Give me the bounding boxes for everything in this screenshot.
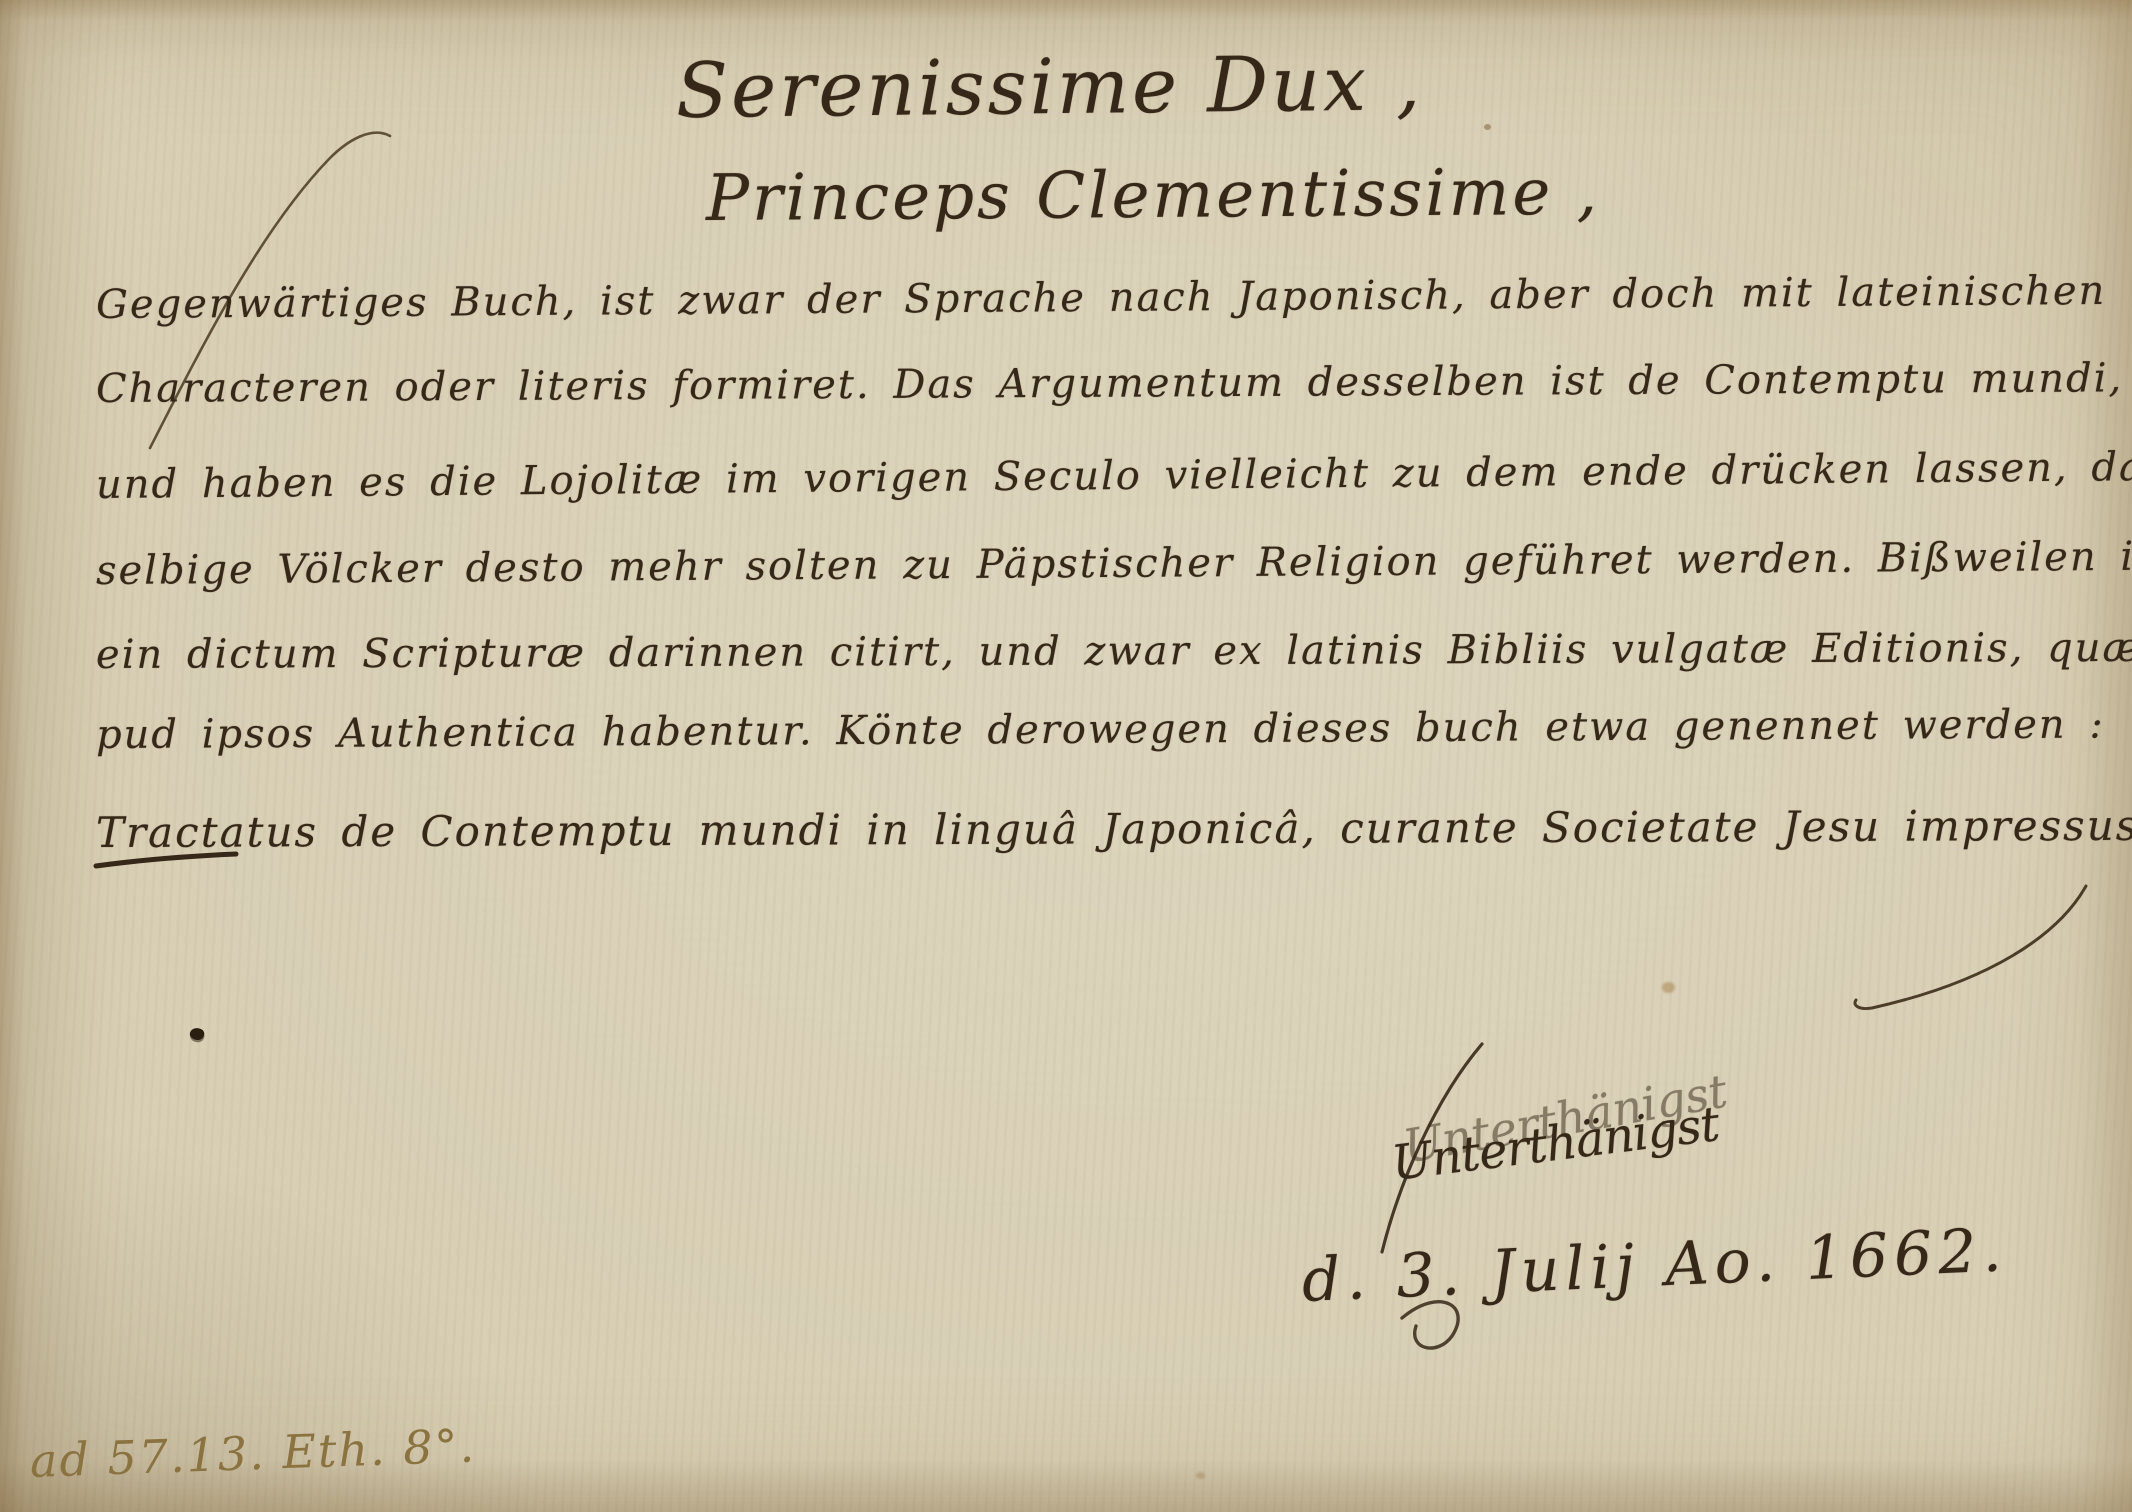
body-line-4: selbige Völcker desto mehr solten zu Päp… [96,533,2132,594]
body-line-3: und haben es die Lojolitæ im vorigen Sec… [96,444,2132,508]
salutation-line-2: Princeps Clementissime , [706,156,1600,236]
shelfmark-annotation: ad 57.13. Eth. 8°. [29,1418,477,1488]
foxing-spot [1662,982,1675,993]
foxing-spot [1484,124,1491,130]
salutation-line-1: Serenissime Dux , [676,38,1424,135]
signature-date: d. 3. Julij Ao. 1662. [1300,1215,2008,1316]
body-line-2: Characteren oder literis formiret. Das A… [96,355,2123,412]
manuscript-page: Serenissime Dux , Princeps Clementissime… [0,0,2132,1512]
ink-blot [188,1026,205,1042]
body-line-5: ein dictum Scripturæ darinnen citirt, un… [96,625,2132,678]
foxing-spot [1196,1472,1205,1479]
body-line-1: Gegenwärtiges Buch, ist zwar der Sprache… [96,268,2107,328]
flourish-right-tail [1855,886,2086,1009]
body-line-6: pud ipsos Authentica habentur. Könte der… [96,701,2105,758]
body-line-7-book-title: Tractatus de Contemptu mundi in linguâ J… [96,801,2132,857]
